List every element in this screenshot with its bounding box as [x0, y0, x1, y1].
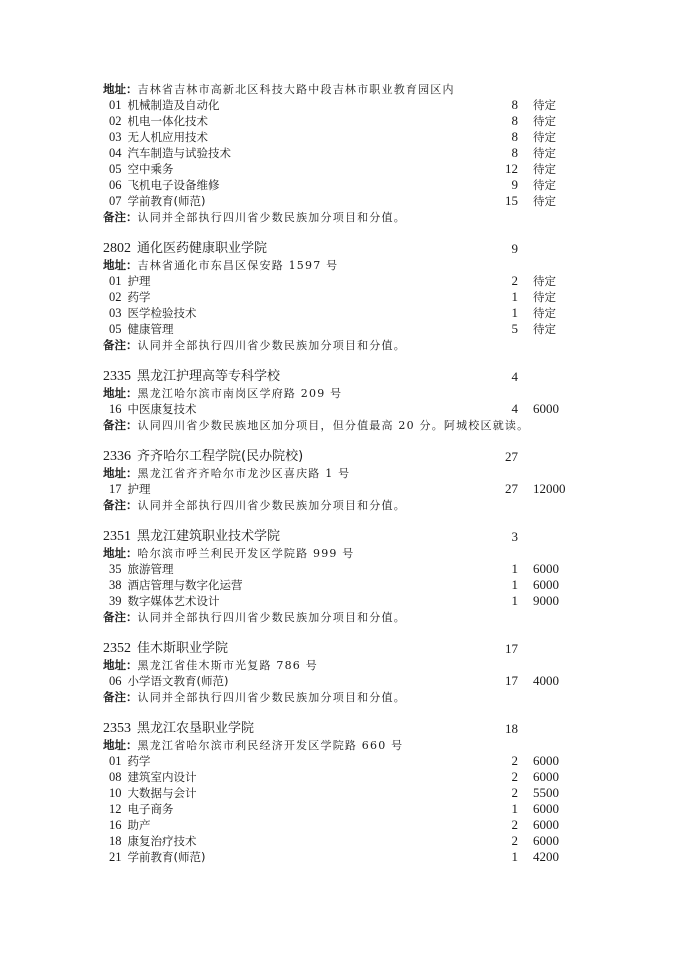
major-row: 16助产26000: [103, 817, 583, 833]
address-label: 地址：: [103, 82, 138, 96]
address-label: 地址：: [103, 658, 138, 672]
major-code: 03: [109, 305, 122, 321]
major-code: 04: [109, 145, 122, 161]
tuition-fee: 待定: [533, 177, 556, 193]
note-text: 认同并全部执行四川省少数民族加分项目和分值。: [138, 339, 406, 352]
school-name: 通化医药健康职业学院: [137, 241, 267, 256]
major-code: 02: [109, 289, 122, 305]
enrollment-count: 8: [512, 129, 519, 145]
school-section: 2335黑龙江护理高等专科学校4 地址：黑龙江哈尔滨市南岗区学府路 209 号 …: [103, 368, 583, 433]
major-row: 01护理2待定: [103, 273, 583, 289]
tuition-fee: 6000: [533, 401, 559, 417]
tuition-fee: 6000: [533, 753, 559, 769]
school-section: 2352佳木斯职业学院17 地址：黑龙江省佳木斯市光复路 786 号 06小学语…: [103, 640, 583, 705]
major-code: 02: [109, 113, 122, 129]
major-code: 16: [109, 401, 122, 417]
school-total: 9: [512, 240, 519, 257]
note-label: 备注：: [103, 610, 138, 624]
address-line: 地址：吉林省通化市东昌区保安路 1597 号: [103, 257, 583, 273]
address-line: 地址：哈尔滨市呼兰利民开发区学院路 999 号: [103, 545, 583, 561]
note-line: 备注：认同并全部执行四川省少数民族加分项目和分值。: [103, 497, 583, 513]
address-text: 哈尔滨市呼兰利民开发区学院路 999 号: [138, 547, 355, 560]
major-name: 护理: [128, 482, 151, 496]
major-row: 01药学26000: [103, 753, 583, 769]
school-total: 27: [505, 448, 518, 465]
major-row: 06小学语文教育(师范)174000: [103, 673, 583, 689]
major-row: 12电子商务16000: [103, 801, 583, 817]
note-text: 认同四川省少数民族地区加分项目，但分值最高 20 分。阿城校区就读。: [138, 419, 530, 432]
school-header: 2336齐齐哈尔工程学院(民办院校)27: [103, 448, 583, 465]
note-text: 认同并全部执行四川省少数民族加分项目和分值。: [138, 211, 406, 224]
address-label: 地址：: [103, 466, 138, 480]
major-name: 汽车制造与试验技术: [128, 146, 232, 160]
address-line: 地址：黑龙江哈尔滨市南岗区学府路 209 号: [103, 385, 583, 401]
enrollment-count: 1: [512, 561, 519, 577]
major-row: 17护理2712000: [103, 481, 583, 497]
major-name: 护理: [128, 274, 151, 288]
note-text: 认同并全部执行四川省少数民族加分项目和分值。: [138, 499, 406, 512]
major-name: 飞机电子设备维修: [128, 178, 220, 192]
tuition-fee: 待定: [533, 321, 556, 337]
enrollment-count: 2: [512, 769, 519, 785]
major-code: 01: [109, 273, 122, 289]
major-row: 38酒店管理与数字化运营16000: [103, 577, 583, 593]
school-code: 2352: [103, 641, 131, 656]
major-code: 08: [109, 769, 122, 785]
major-code: 21: [109, 849, 122, 865]
enrollment-count: 4: [512, 401, 519, 417]
address-text: 黑龙江省哈尔滨市利民经济开发区学院路 660 号: [138, 739, 404, 752]
major-row: 39数字媒体艺术设计19000: [103, 593, 583, 609]
major-name: 空中乘务: [128, 162, 174, 176]
school-header: 2351黑龙江建筑职业技术学院3: [103, 528, 583, 545]
major-row: 10大数据与会计25500: [103, 785, 583, 801]
note-label: 备注：: [103, 418, 138, 432]
note-text: 认同并全部执行四川省少数民族加分项目和分值。: [138, 691, 406, 704]
major-row: 35旅游管理16000: [103, 561, 583, 577]
enrollment-count: 2: [512, 833, 519, 849]
tuition-fee: 待定: [533, 161, 556, 177]
enrollment-count: 15: [505, 193, 518, 209]
enrollment-count: 2: [512, 785, 519, 801]
major-code: 03: [109, 129, 122, 145]
major-code: 01: [109, 97, 122, 113]
note-label: 备注：: [103, 498, 138, 512]
school-header: 2335黑龙江护理高等专科学校4: [103, 368, 583, 385]
major-code: 06: [109, 177, 122, 193]
enrollment-count: 9: [512, 177, 519, 193]
tuition-fee: 4200: [533, 849, 559, 865]
major-code: 12: [109, 801, 122, 817]
school-header: 2353黑龙江农垦职业学院18: [103, 720, 583, 737]
major-name: 无人机应用技术: [128, 130, 209, 144]
major-code: 05: [109, 321, 122, 337]
tuition-fee: 待定: [533, 193, 556, 209]
school-total: 18: [505, 720, 518, 737]
major-code: 01: [109, 753, 122, 769]
major-row: 21学前教育(师范)14200: [103, 849, 583, 865]
major-row: 03医学检验技术1待定: [103, 305, 583, 321]
school-section: 2353黑龙江农垦职业学院18 地址：黑龙江省哈尔滨市利民经济开发区学院路 66…: [103, 720, 583, 865]
major-code: 07: [109, 193, 122, 209]
tuition-fee: 12000: [533, 481, 566, 497]
address-label: 地址：: [103, 386, 138, 400]
major-row: 02药学1待定: [103, 289, 583, 305]
address-label: 地址：: [103, 738, 138, 752]
tuition-fee: 6000: [533, 769, 559, 785]
address-text: 黑龙江哈尔滨市南岗区学府路 209 号: [138, 387, 343, 400]
major-name: 药学: [128, 754, 151, 768]
note-line: 备注：认同并全部执行四川省少数民族加分项目和分值。: [103, 609, 583, 625]
enrollment-count: 2: [512, 817, 519, 833]
tuition-fee: 6000: [533, 577, 559, 593]
enrollment-count: 1: [512, 593, 519, 609]
school-section: 2802通化医药健康职业学院9 地址：吉林省通化市东昌区保安路 1597 号 0…: [103, 240, 583, 353]
address-label: 地址：: [103, 546, 138, 560]
major-name: 建筑室内设计: [128, 770, 197, 784]
note-label: 备注：: [103, 690, 138, 704]
school-header: 2352佳木斯职业学院17: [103, 640, 583, 657]
address-line: 地址：黑龙江省哈尔滨市利民经济开发区学院路 660 号: [103, 737, 583, 753]
enrollment-count: 8: [512, 145, 519, 161]
tuition-fee: 6000: [533, 833, 559, 849]
address-text: 黑龙江省佳木斯市光复路 786 号: [138, 659, 318, 672]
school-header: 2802通化医药健康职业学院9: [103, 240, 583, 257]
address-line: 地址：黑龙江省齐齐哈尔市龙沙区喜庆路 1 号: [103, 465, 583, 481]
major-name: 中医康复技术: [128, 402, 197, 416]
school-code: 2335: [103, 369, 131, 384]
address-text: 黑龙江省齐齐哈尔市龙沙区喜庆路 1 号: [138, 467, 351, 480]
school-name: 佳木斯职业学院: [137, 641, 228, 656]
address-label: 地址：: [103, 258, 138, 272]
enrollment-count: 27: [505, 481, 518, 497]
major-code: 17: [109, 481, 122, 497]
tuition-fee: 待定: [533, 129, 556, 145]
school-total: 4: [512, 368, 519, 385]
address-text: 吉林省通化市东昌区保安路 1597 号: [138, 259, 339, 272]
major-name: 机械制造及自动化: [128, 98, 220, 112]
major-name: 旅游管理: [128, 562, 174, 576]
major-code: 35: [109, 561, 122, 577]
tuition-fee: 待定: [533, 289, 556, 305]
major-code: 16: [109, 817, 122, 833]
tuition-fee: 待定: [533, 97, 556, 113]
enrollment-count: 12: [505, 161, 518, 177]
address-line: 地址：黑龙江省佳木斯市光复路 786 号: [103, 657, 583, 673]
tuition-fee: 6000: [533, 817, 559, 833]
major-row: 04汽车制造与试验技术8待定: [103, 145, 583, 161]
major-code: 06: [109, 673, 122, 689]
tuition-fee: 待定: [533, 273, 556, 289]
enrollment-count: 2: [512, 273, 519, 289]
school-code: 2353: [103, 721, 131, 736]
major-name: 酒店管理与数字化运营: [128, 578, 243, 592]
note-label: 备注：: [103, 210, 138, 224]
address-text: 吉林省吉林市高新北区科技大路中段吉林市职业教育园区内: [138, 83, 455, 96]
major-row: 18康复治疗技术26000: [103, 833, 583, 849]
school-name: 黑龙江护理高等专科学校: [137, 369, 280, 384]
enrollment-count: 5: [512, 321, 519, 337]
major-code: 38: [109, 577, 122, 593]
enrollment-count: 17: [505, 673, 518, 689]
school-code: 2351: [103, 529, 131, 544]
note-text: 认同并全部执行四川省少数民族加分项目和分值。: [138, 611, 406, 624]
school-total: 3: [512, 528, 519, 545]
major-row: 16中医康复技术46000: [103, 401, 583, 417]
enrollment-count: 8: [512, 113, 519, 129]
school-section: 2351黑龙江建筑职业技术学院3 地址：哈尔滨市呼兰利民开发区学院路 999 号…: [103, 528, 583, 625]
note-line: 备注：认同并全部执行四川省少数民族加分项目和分值。: [103, 689, 583, 705]
major-name: 健康管理: [128, 322, 174, 336]
major-code: 05: [109, 161, 122, 177]
enrollment-count: 1: [512, 305, 519, 321]
tuition-fee: 待定: [533, 145, 556, 161]
tuition-fee: 6000: [533, 561, 559, 577]
tuition-fee: 4000: [533, 673, 559, 689]
enrollment-count: 1: [512, 801, 519, 817]
major-row: 08建筑室内设计26000: [103, 769, 583, 785]
major-name: 机电一体化技术: [128, 114, 209, 128]
major-name: 学前教育(师范): [128, 850, 206, 864]
school-total: 17: [505, 640, 518, 657]
address-line: 地址：吉林省吉林市高新北区科技大路中段吉林市职业教育园区内: [103, 81, 583, 97]
major-row: 01机械制造及自动化8待定: [103, 97, 583, 113]
tuition-fee: 5500: [533, 785, 559, 801]
major-name: 学前教育(师范): [128, 194, 206, 208]
school-code: 2802: [103, 241, 131, 256]
enrollment-count: 1: [512, 849, 519, 865]
major-row: 05空中乘务12待定: [103, 161, 583, 177]
major-row: 07学前教育(师范)15待定: [103, 193, 583, 209]
major-name: 数字媒体艺术设计: [128, 594, 220, 608]
major-name: 大数据与会计: [128, 786, 197, 800]
school-code: 2336: [103, 449, 131, 464]
major-row: 02机电一体化技术8待定: [103, 113, 583, 129]
school-name: 齐齐哈尔工程学院(民办院校): [137, 449, 303, 464]
school-section: 2336齐齐哈尔工程学院(民办院校)27 地址：黑龙江省齐齐哈尔市龙沙区喜庆路 …: [103, 448, 583, 513]
note-line: 备注：认同四川省少数民族地区加分项目，但分值最高 20 分。阿城校区就读。: [103, 417, 583, 433]
enrollment-count: 1: [512, 577, 519, 593]
note-line: 备注：认同并全部执行四川省少数民族加分项目和分值。: [103, 337, 583, 353]
major-code: 39: [109, 593, 122, 609]
admissions-document: 地址：吉林省吉林市高新北区科技大路中段吉林市职业教育园区内 01机械制造及自动化…: [103, 81, 583, 865]
major-name: 药学: [128, 290, 151, 304]
major-row: 05健康管理5待定: [103, 321, 583, 337]
tuition-fee: 6000: [533, 801, 559, 817]
tuition-fee: 9000: [533, 593, 559, 609]
note-label: 备注：: [103, 338, 138, 352]
major-name: 助产: [128, 818, 151, 832]
enrollment-count: 2: [512, 753, 519, 769]
major-name: 电子商务: [128, 802, 174, 816]
enrollment-count: 1: [512, 289, 519, 305]
major-name: 康复治疗技术: [128, 834, 197, 848]
major-code: 18: [109, 833, 122, 849]
school-name: 黑龙江农垦职业学院: [137, 721, 254, 736]
major-code: 10: [109, 785, 122, 801]
note-line: 备注：认同并全部执行四川省少数民族加分项目和分值。: [103, 209, 583, 225]
major-row: 03无人机应用技术8待定: [103, 129, 583, 145]
major-row: 06飞机电子设备维修9待定: [103, 177, 583, 193]
enrollment-count: 8: [512, 97, 519, 113]
school-section: 地址：吉林省吉林市高新北区科技大路中段吉林市职业教育园区内 01机械制造及自动化…: [103, 81, 583, 225]
tuition-fee: 待定: [533, 113, 556, 129]
major-name: 医学检验技术: [128, 306, 197, 320]
major-name: 小学语文教育(师范): [128, 674, 229, 688]
school-name: 黑龙江建筑职业技术学院: [137, 529, 280, 544]
tuition-fee: 待定: [533, 305, 556, 321]
